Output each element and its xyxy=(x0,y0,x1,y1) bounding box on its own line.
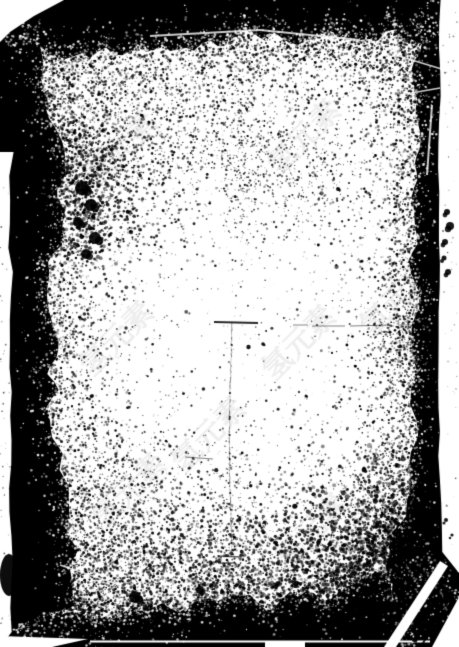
grunge-frame-image xyxy=(0,0,459,647)
texture-canvas xyxy=(0,0,459,647)
